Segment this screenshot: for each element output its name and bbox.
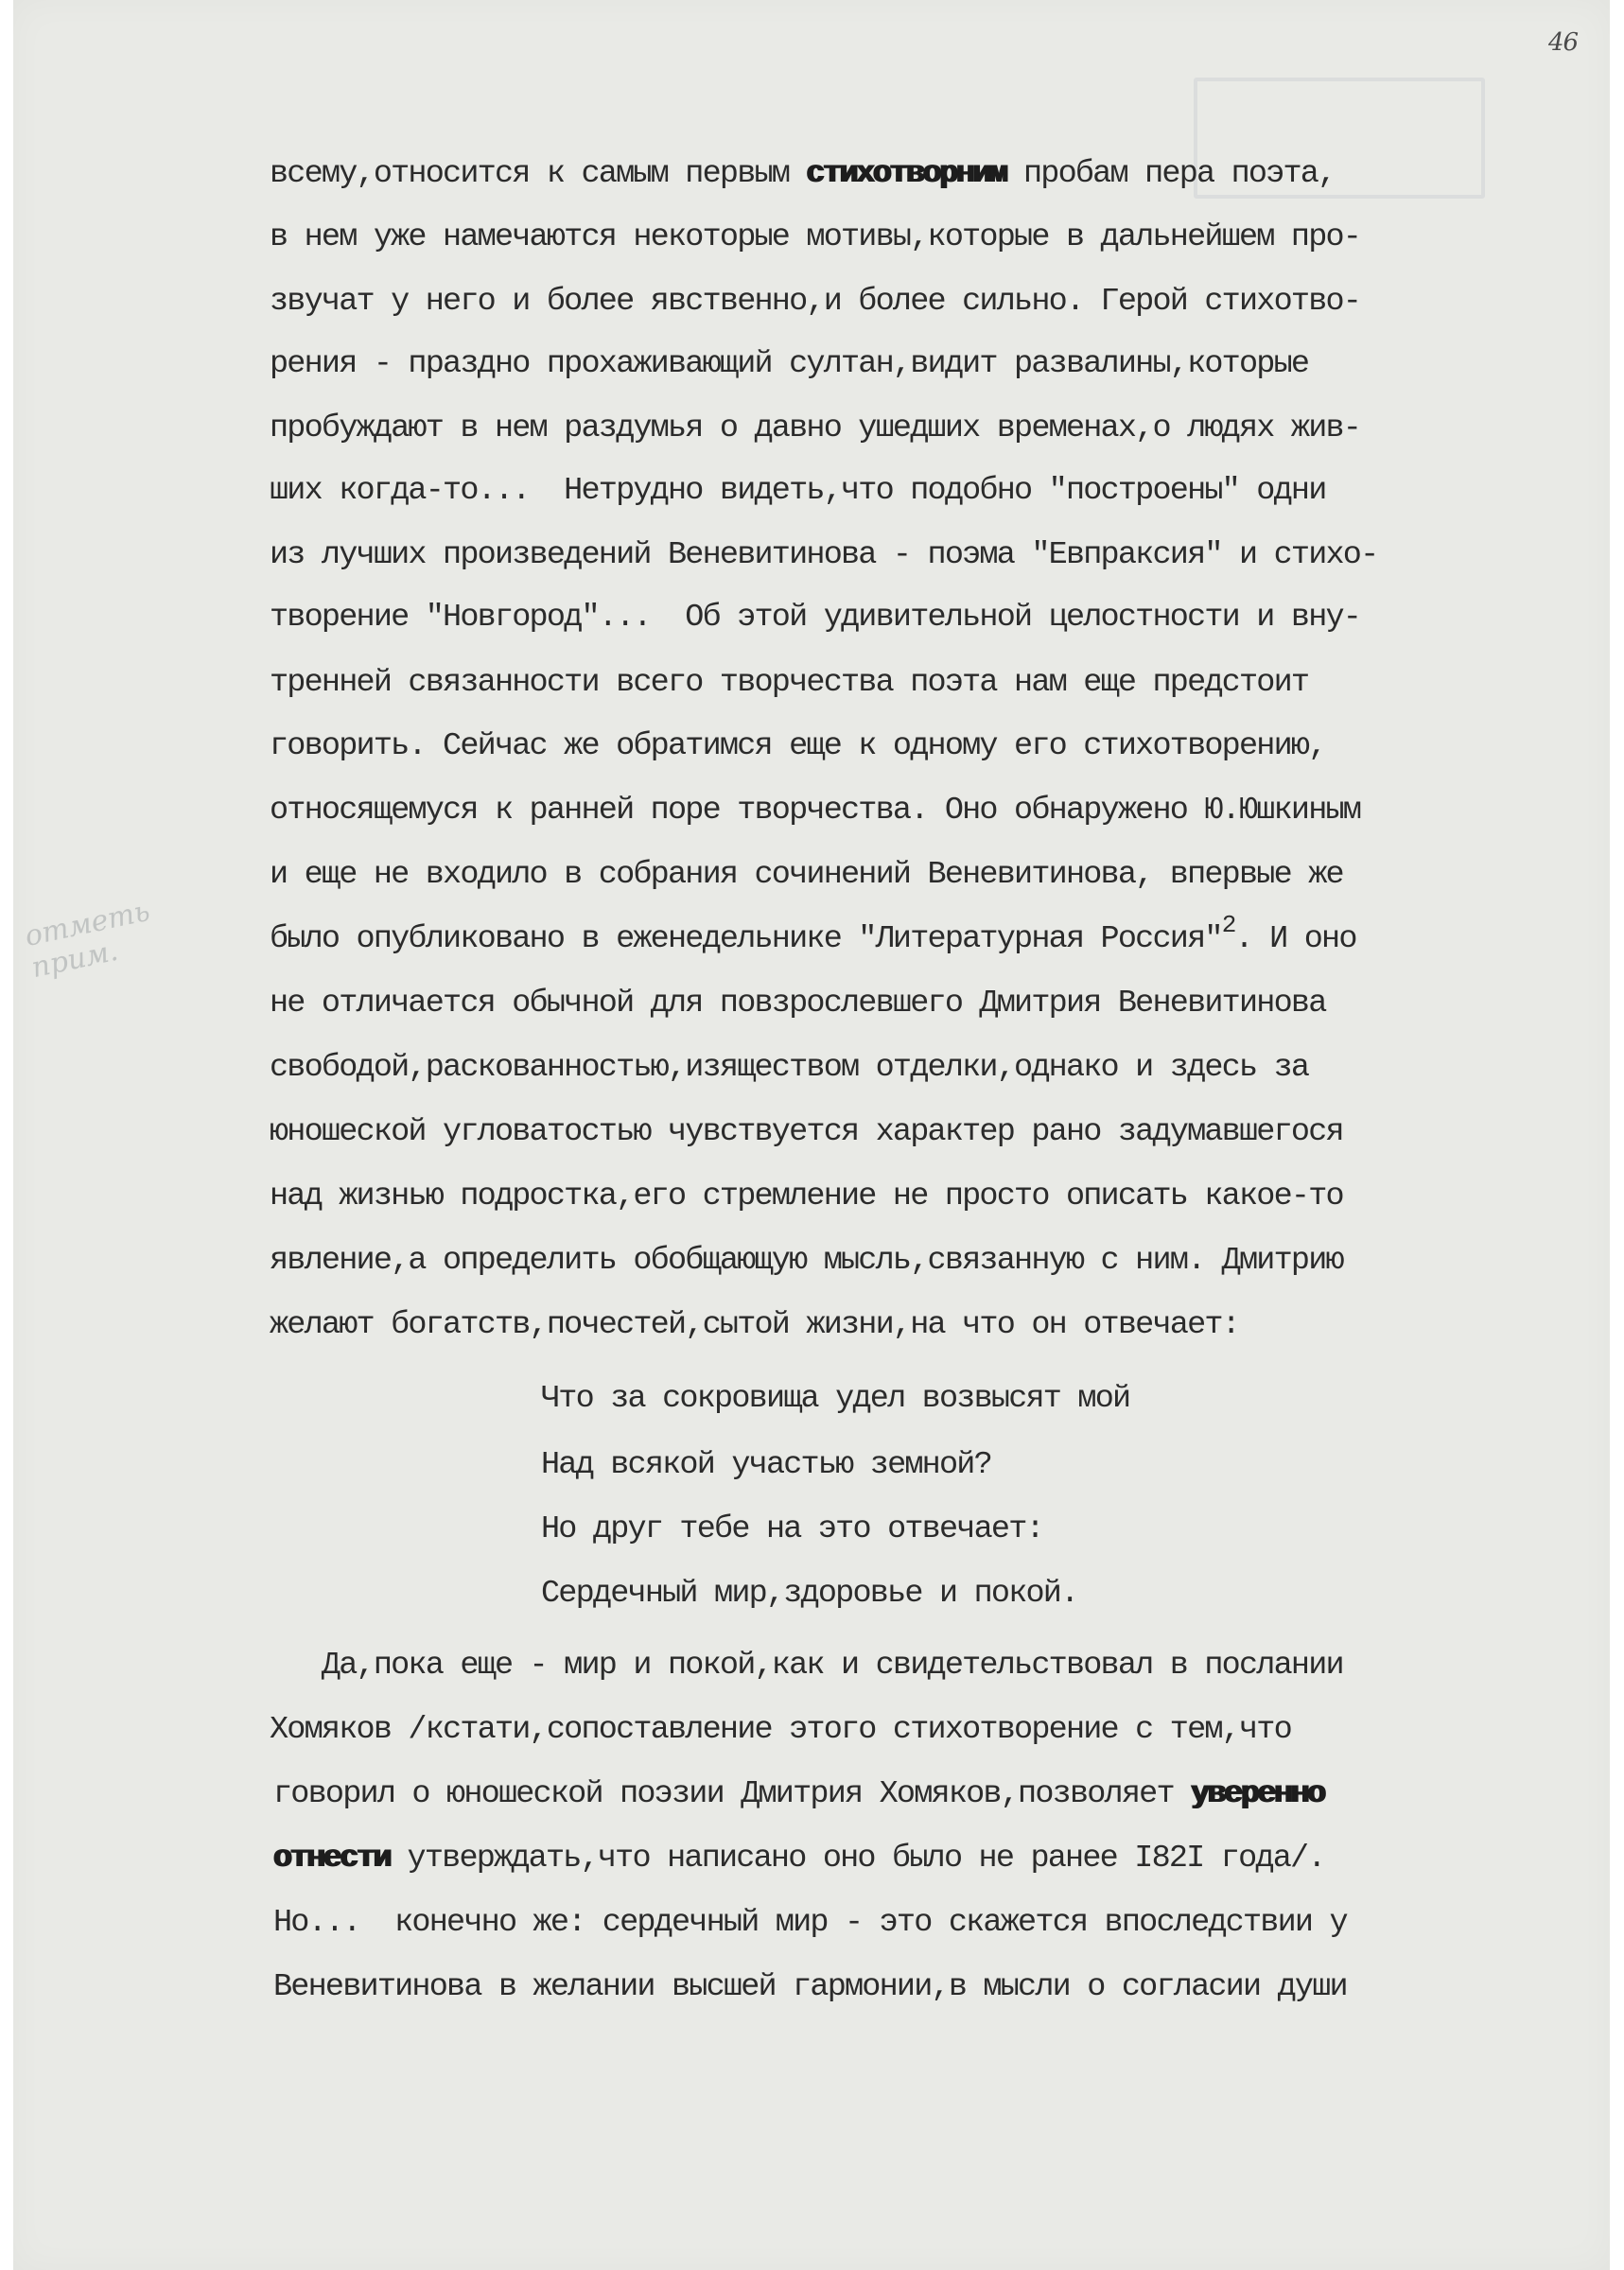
line-text: утверждать,что написано оно было не ране… (390, 1841, 1324, 1877)
paragraph-line: в нем уже намечаются некоторые мотивы,ко… (270, 219, 1360, 255)
poem-line: Но друг тебе на это отвечает: (541, 1511, 1043, 1547)
paragraph-line: рения - праздно прохаживающий султан,вид… (270, 346, 1308, 382)
paragraph-line: явление,а определить обобщающую мысль,св… (270, 1243, 1343, 1279)
scan-border-left (0, 0, 13, 2270)
line-text: пробам пера поэта, (1006, 156, 1336, 192)
paragraph-line: говорил о юношеской поэзии Дмитрия Хомяк… (273, 1776, 1324, 1812)
paragraph-line: творение "Новгород"... Об этой удивитель… (270, 600, 1360, 636)
paragraph-line: отнести утверждать,что написано оно было… (273, 1841, 1325, 1877)
paragraph-line: говорить. Сейчас же обратимся еще к одно… (270, 728, 1326, 764)
scan-border-right (1610, 0, 1624, 2270)
paragraph-line: относящемуся к ранней поре творчества. О… (270, 793, 1360, 829)
paragraph-line: Веневитинова в желании высшей гармонии,в… (273, 1969, 1347, 2005)
paragraph-line: было опубликовано в еженедельнике "Литер… (270, 921, 1356, 957)
struck-out-word: отнести (273, 1841, 390, 1877)
struck-out-word: уверенно (1191, 1776, 1324, 1812)
page-number: 46 (1548, 28, 1578, 57)
poem-line: Сердечный мир,здоровье и покой. (541, 1576, 1077, 1612)
paragraph-line: ших когда-то... Нетрудно видеть,что подо… (270, 473, 1326, 509)
line-text: было опубликовано в еженедельнике "Литер… (270, 921, 1222, 957)
paragraph-line: свободой,раскованностью,изяществом отдел… (270, 1050, 1308, 1086)
paragraph-line: не отличается обычной для повзрослевшего… (270, 986, 1326, 1021)
line-text: . И оно (1235, 921, 1356, 957)
paragraph-line: тренней связанности всего творчества поэ… (270, 665, 1308, 701)
poem-line: Что за сокровища удел возвысят мой (541, 1381, 1129, 1417)
paragraph-line: и еще не входило в собрания сочинений Ве… (270, 857, 1343, 893)
line-text: говорил о юношеской поэзии Дмитрия Хомяк… (273, 1776, 1191, 1812)
paragraph-line: Хомяков /кстати,сопоставление этого стих… (270, 1712, 1291, 1748)
paragraph-line: всему,относится к самым первым стихотвор… (270, 156, 1335, 192)
paragraph-line: желают богатств,почестей,сытой жизни,на … (270, 1307, 1239, 1343)
struck-out-word: стихотворним (806, 156, 1005, 192)
footnote-marker: 2 (1222, 911, 1235, 939)
line-text: всему,относится к самым первым (270, 156, 806, 192)
paragraph-line: звучат у него и более явственно,и более … (270, 284, 1360, 320)
paragraph-line: над жизнью подростка,его стремление не п… (270, 1179, 1343, 1214)
paragraph-line: Да,пока еще - мир и покой,как и свидетел… (270, 1648, 1343, 1684)
paragraph-line: Но... конечно же: сердечный мир - это ск… (273, 1905, 1347, 1941)
paragraph-line: из лучших произведений Веневитинова - по… (270, 537, 1377, 573)
poem-line: Над всякой участью земной? (541, 1447, 991, 1483)
paragraph-line: юношеской угловатостью чувствуется харак… (270, 1114, 1343, 1150)
paragraph-line: пробуждают в нем раздумья о давно ушедши… (270, 410, 1360, 446)
